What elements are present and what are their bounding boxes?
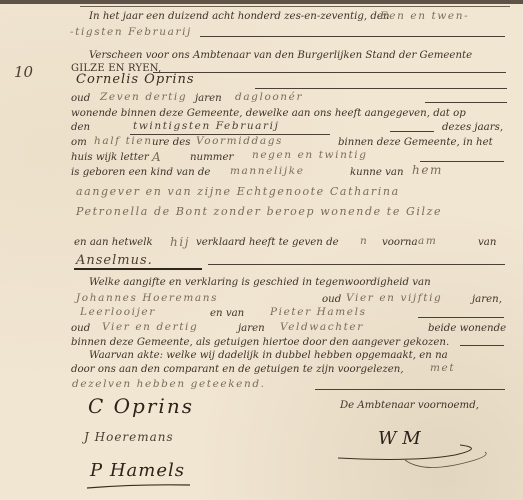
declarant-occupation: dagloonér (235, 91, 303, 103)
declared-statement: verklaard heeft te geven de (196, 237, 339, 248)
born-statement: is geboren een kind van de (71, 167, 210, 178)
witnesses-statement: binnen deze Gemeente, als getuigen hiert… (71, 337, 449, 348)
birth-date: twintigsten Februarij (133, 120, 279, 132)
top-rule (80, 6, 510, 7)
residence-label: beide wonende (428, 323, 506, 334)
father-ref: hem (412, 163, 443, 177)
child-sex: mannelijke (230, 165, 305, 177)
witness2-occupation: Veldwachter (280, 321, 364, 333)
witness2-signature-underline (85, 482, 195, 492)
and-of-label: en van (210, 308, 244, 319)
fill-rule (420, 161, 504, 162)
gender-pronoun: hij (170, 235, 190, 249)
residence-statement: wonende binnen deze Gemeente, dewelke aa… (71, 108, 466, 119)
of-this-year: dezes jaars, (442, 122, 503, 133)
age-label: oud (322, 294, 341, 305)
of-label: van (478, 237, 496, 248)
time-of-day: Voormiddags (196, 135, 283, 147)
number-label: nummer (190, 152, 233, 163)
birth-hour: half tien (94, 135, 153, 147)
presence-statement: Welke aangifte en verklaring is geschied… (89, 277, 431, 288)
fill-rule (315, 389, 505, 390)
mother-name-residence: Petronella de Bont zonder beroep wonende… (76, 205, 442, 218)
fill-rule (418, 317, 504, 318)
fill-rule (208, 264, 505, 265)
witness2-age: Vier en dertig (102, 321, 198, 333)
years-label: jaren (195, 93, 222, 104)
read-aloud-statement: door ons aan den comparant en de getuige… (71, 364, 404, 375)
declarant-signature: C Oprins (88, 394, 194, 418)
name-suffix: am (418, 235, 437, 247)
hour-label: ure des (152, 137, 190, 148)
fill-rule (200, 36, 505, 37)
witness2-name: Pieter Hamels (270, 306, 367, 318)
age-label: oud (71, 93, 90, 104)
gender-of-label: kunne van (350, 167, 404, 178)
witness2-signature: P Hamels (90, 460, 185, 481)
official-label: De Ambtenaar voornoemd, (340, 400, 479, 411)
witness1-age: Vier en vijftig (346, 292, 442, 304)
top-border (0, 0, 523, 4)
year-statement: In het jaar een duizend acht honderd zes… (89, 11, 390, 22)
signed-statement: dezelven hebben geteekend. (72, 378, 266, 390)
fill-rule (390, 131, 434, 132)
day-handwritten: Een en twen- (380, 10, 469, 22)
name-underline (74, 268, 202, 270)
house-number: negen en twintig (252, 149, 368, 161)
witness1-signature: J Hoeremans (84, 430, 174, 444)
fill-rule (255, 88, 507, 89)
witness1-occupation: Leerlooijer (80, 306, 156, 318)
deed-statement: Waarvan akte: welke wij dadelijk in dubb… (89, 350, 448, 361)
child-first-name: Anselmus. (76, 253, 153, 268)
mother-intro: aangever en van zijne Echtgenoote Cathar… (76, 185, 400, 198)
fill-rule (425, 102, 507, 103)
fill-rule (153, 72, 506, 73)
declarant-age: Zeven dertig (100, 91, 187, 103)
date-label: den (71, 122, 90, 133)
margin-record-number: 10 (14, 63, 33, 81)
first-name-label: voorna (382, 237, 418, 248)
appearance-statement: Verscheen voor ons Ambtenaar van den Bur… (89, 50, 472, 61)
with-handwritten: met (430, 362, 455, 374)
naming-statement: en aan hetwelk (74, 237, 153, 248)
location-statement: binnen deze Gemeente, in het (338, 137, 493, 148)
house-ward-label: huis wijk letter (71, 152, 149, 163)
article-suffix: n (360, 235, 368, 247)
ward-letter: A (152, 150, 162, 164)
official-signature-flourish (335, 440, 495, 475)
age-label: oud (71, 323, 90, 334)
years-label: jaren, (472, 294, 502, 305)
time-label: om (71, 137, 87, 148)
declarant-name: Cornelis Oprins (76, 72, 195, 87)
years-label: jaren (238, 323, 265, 334)
month-handwritten: -tigsten Februarij (70, 26, 192, 38)
witness1-name: Johannes Hoeremans (76, 292, 218, 304)
fill-rule (460, 345, 504, 346)
